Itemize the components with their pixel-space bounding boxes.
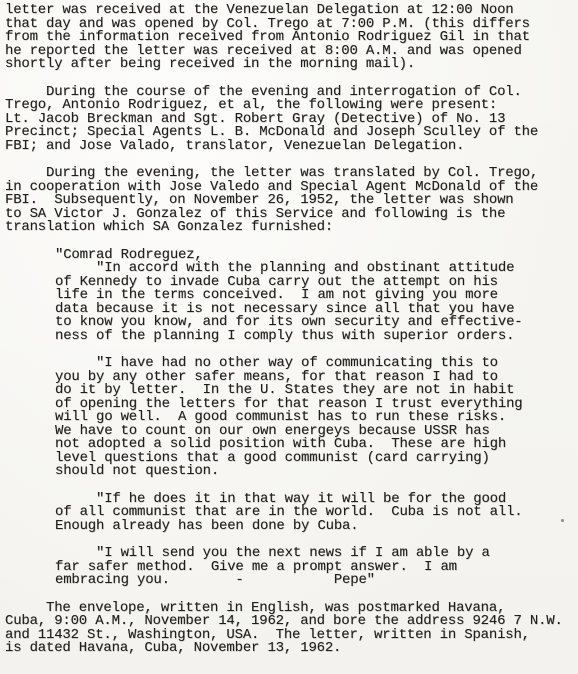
letter-paragraph-communication-risks: "I have had no other way of communicatin… [55,357,578,479]
letter-paragraph-salutation-and-planning: "Comrad Rodreguez, "In accord with the p… [55,249,578,344]
scanned-document-page: letter was received at the Venezuelan De… [0,0,578,674]
scan-artifact-speck [561,519,564,522]
paragraph-translation-intro: During the evening, the letter was trans… [5,167,578,235]
paragraph-letter-received: letter was received at the Venezuelan De… [5,4,578,72]
letter-paragraph-signature-pepe: "I will send you the next news if I am a… [55,547,578,588]
paragraph-persons-present: During the course of the evening and int… [5,86,578,154]
paragraph-envelope-details: The envelope, written in English, was po… [5,602,578,656]
letter-translation-block: "Comrad Rodreguez, "In accord with the p… [55,249,578,588]
letter-paragraph-good-of-communists: "If he does it in that way it will be fo… [55,493,578,534]
